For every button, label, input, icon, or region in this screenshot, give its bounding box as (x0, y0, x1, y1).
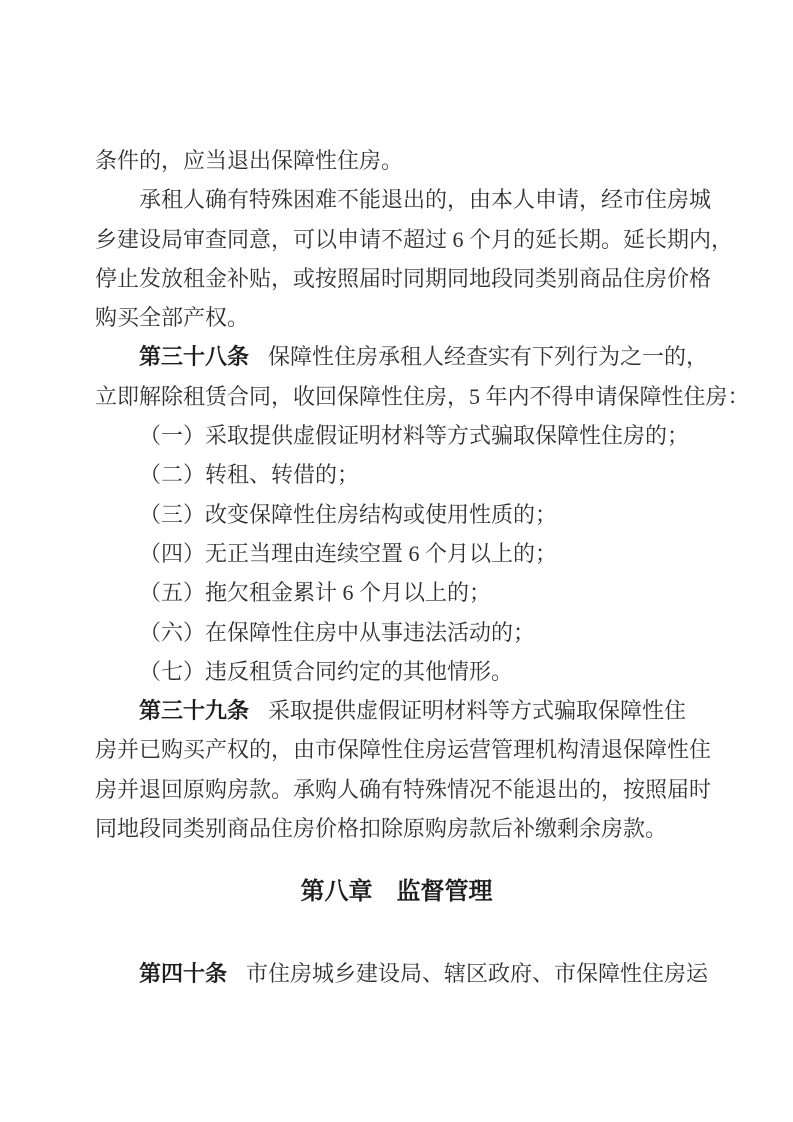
list-item: （七）违反租赁合同约定的其他情形。 (95, 652, 698, 691)
text-line: 承租人确有特殊困难不能退出的，由本人申请，经市住房城 (95, 180, 698, 219)
text-line: 条件的，应当退出保障性住房。 (95, 141, 698, 180)
line-text: 承租人确有特殊困难不能退出的，由本人申请，经市住房城 (139, 187, 711, 212)
line-text: （三）改变保障性住房结构或使用性质的； (139, 502, 557, 527)
line-text: 同地段同类别商品住房价格扣除原购房款后补缴剩余房款。 (95, 816, 667, 841)
list-item: （三）改变保障性住房结构或使用性质的； (95, 495, 698, 534)
line-text: （四）无正当理由连续空置 6 个月以上的； (139, 541, 557, 566)
line-text: 乡建设局审查同意，可以申请不超过 6 个月的延长期。延长期内， (95, 227, 733, 252)
line-text: （一）采取提供虚假证明材料等方式骗取保障性住房的； (139, 423, 689, 448)
text-line: 房并已购买产权的，由市保障性住房运营管理机构清退保障性住 (95, 730, 698, 769)
list-item: （四）无正当理由连续空置 6 个月以上的； (95, 534, 698, 573)
list-item: （六）在保障性住房中从事违法活动的； (95, 613, 698, 652)
line-text: （二）转租、转借的； (139, 462, 359, 487)
text-line: 房并退回原购房款。承购人确有特殊情况不能退出的，按照届时 (95, 770, 698, 809)
line-text: （七）违反租赁合同约定的其他情形。 (139, 659, 513, 684)
list-item: （一）采取提供虚假证明材料等方式骗取保障性住房的； (95, 416, 698, 455)
article-number: 第四十条 (139, 961, 227, 986)
line-text: 市住房城乡建设局、辖区政府、市保障性住房运 (246, 961, 708, 986)
line-text: 停止发放租金补贴，或按照届时同期同地段同类别商品住房价格 (95, 266, 711, 291)
document-body: 条件的，应当退出保障性住房。 承租人确有特殊困难不能退出的，由本人申请，经市住房… (95, 141, 698, 993)
line-text: 采取提供虚假证明材料等方式骗取保障性住 (268, 698, 686, 723)
line-text: 房并已购买产权的，由市保障性住房运营管理机构清退保障性住 (95, 737, 711, 762)
text-line: 购买全部产权。 (95, 298, 698, 337)
text-line: 同地段同类别商品住房价格扣除原购房款后补缴剩余房款。 (95, 809, 698, 848)
line-text: 条件的，应当退出保障性住房。 (95, 148, 403, 173)
document-page: 条件的，应当退出保障性住房。 承租人确有特殊困难不能退出的，由本人申请，经市住房… (0, 0, 793, 1122)
text-line: 第三十九条采取提供虚假证明材料等方式骗取保障性住 (95, 691, 698, 730)
chapter-heading: 第八章 监督管理 (95, 872, 698, 911)
list-item: （五）拖欠租金累计 6 个月以上的； (95, 573, 698, 612)
text-line: 停止发放租金补贴，或按照届时同期同地段同类别商品住房价格 (95, 259, 698, 298)
text-line: 第四十条市住房城乡建设局、辖区政府、市保障性住房运 (95, 954, 698, 993)
line-text: （六）在保障性住房中从事违法活动的； (139, 620, 535, 645)
line-text: 房并退回原购房款。承购人确有特殊情况不能退出的，按照届时 (95, 777, 711, 802)
line-text: 购买全部产权。 (95, 305, 249, 330)
article-number: 第三十九条 (139, 698, 249, 723)
text-line: 乡建设局审查同意，可以申请不超过 6 个月的延长期。延长期内， (95, 220, 698, 259)
line-text: （五）拖欠租金累计 6 个月以上的； (139, 580, 491, 605)
article-number: 第三十八条 (139, 344, 249, 369)
list-item: （二）转租、转借的； (95, 455, 698, 494)
text-line: 立即解除租赁合同，收回保障性住房，5 年内不得申请保障性住房： (95, 377, 698, 416)
text-line: 第三十八条保障性住房承租人经查实有下列行为之一的， (95, 337, 698, 376)
line-text: 立即解除租赁合同，收回保障性住房，5 年内不得申请保障性住房： (95, 384, 750, 409)
line-text: 保障性住房承租人经查实有下列行为之一的， (268, 344, 708, 369)
